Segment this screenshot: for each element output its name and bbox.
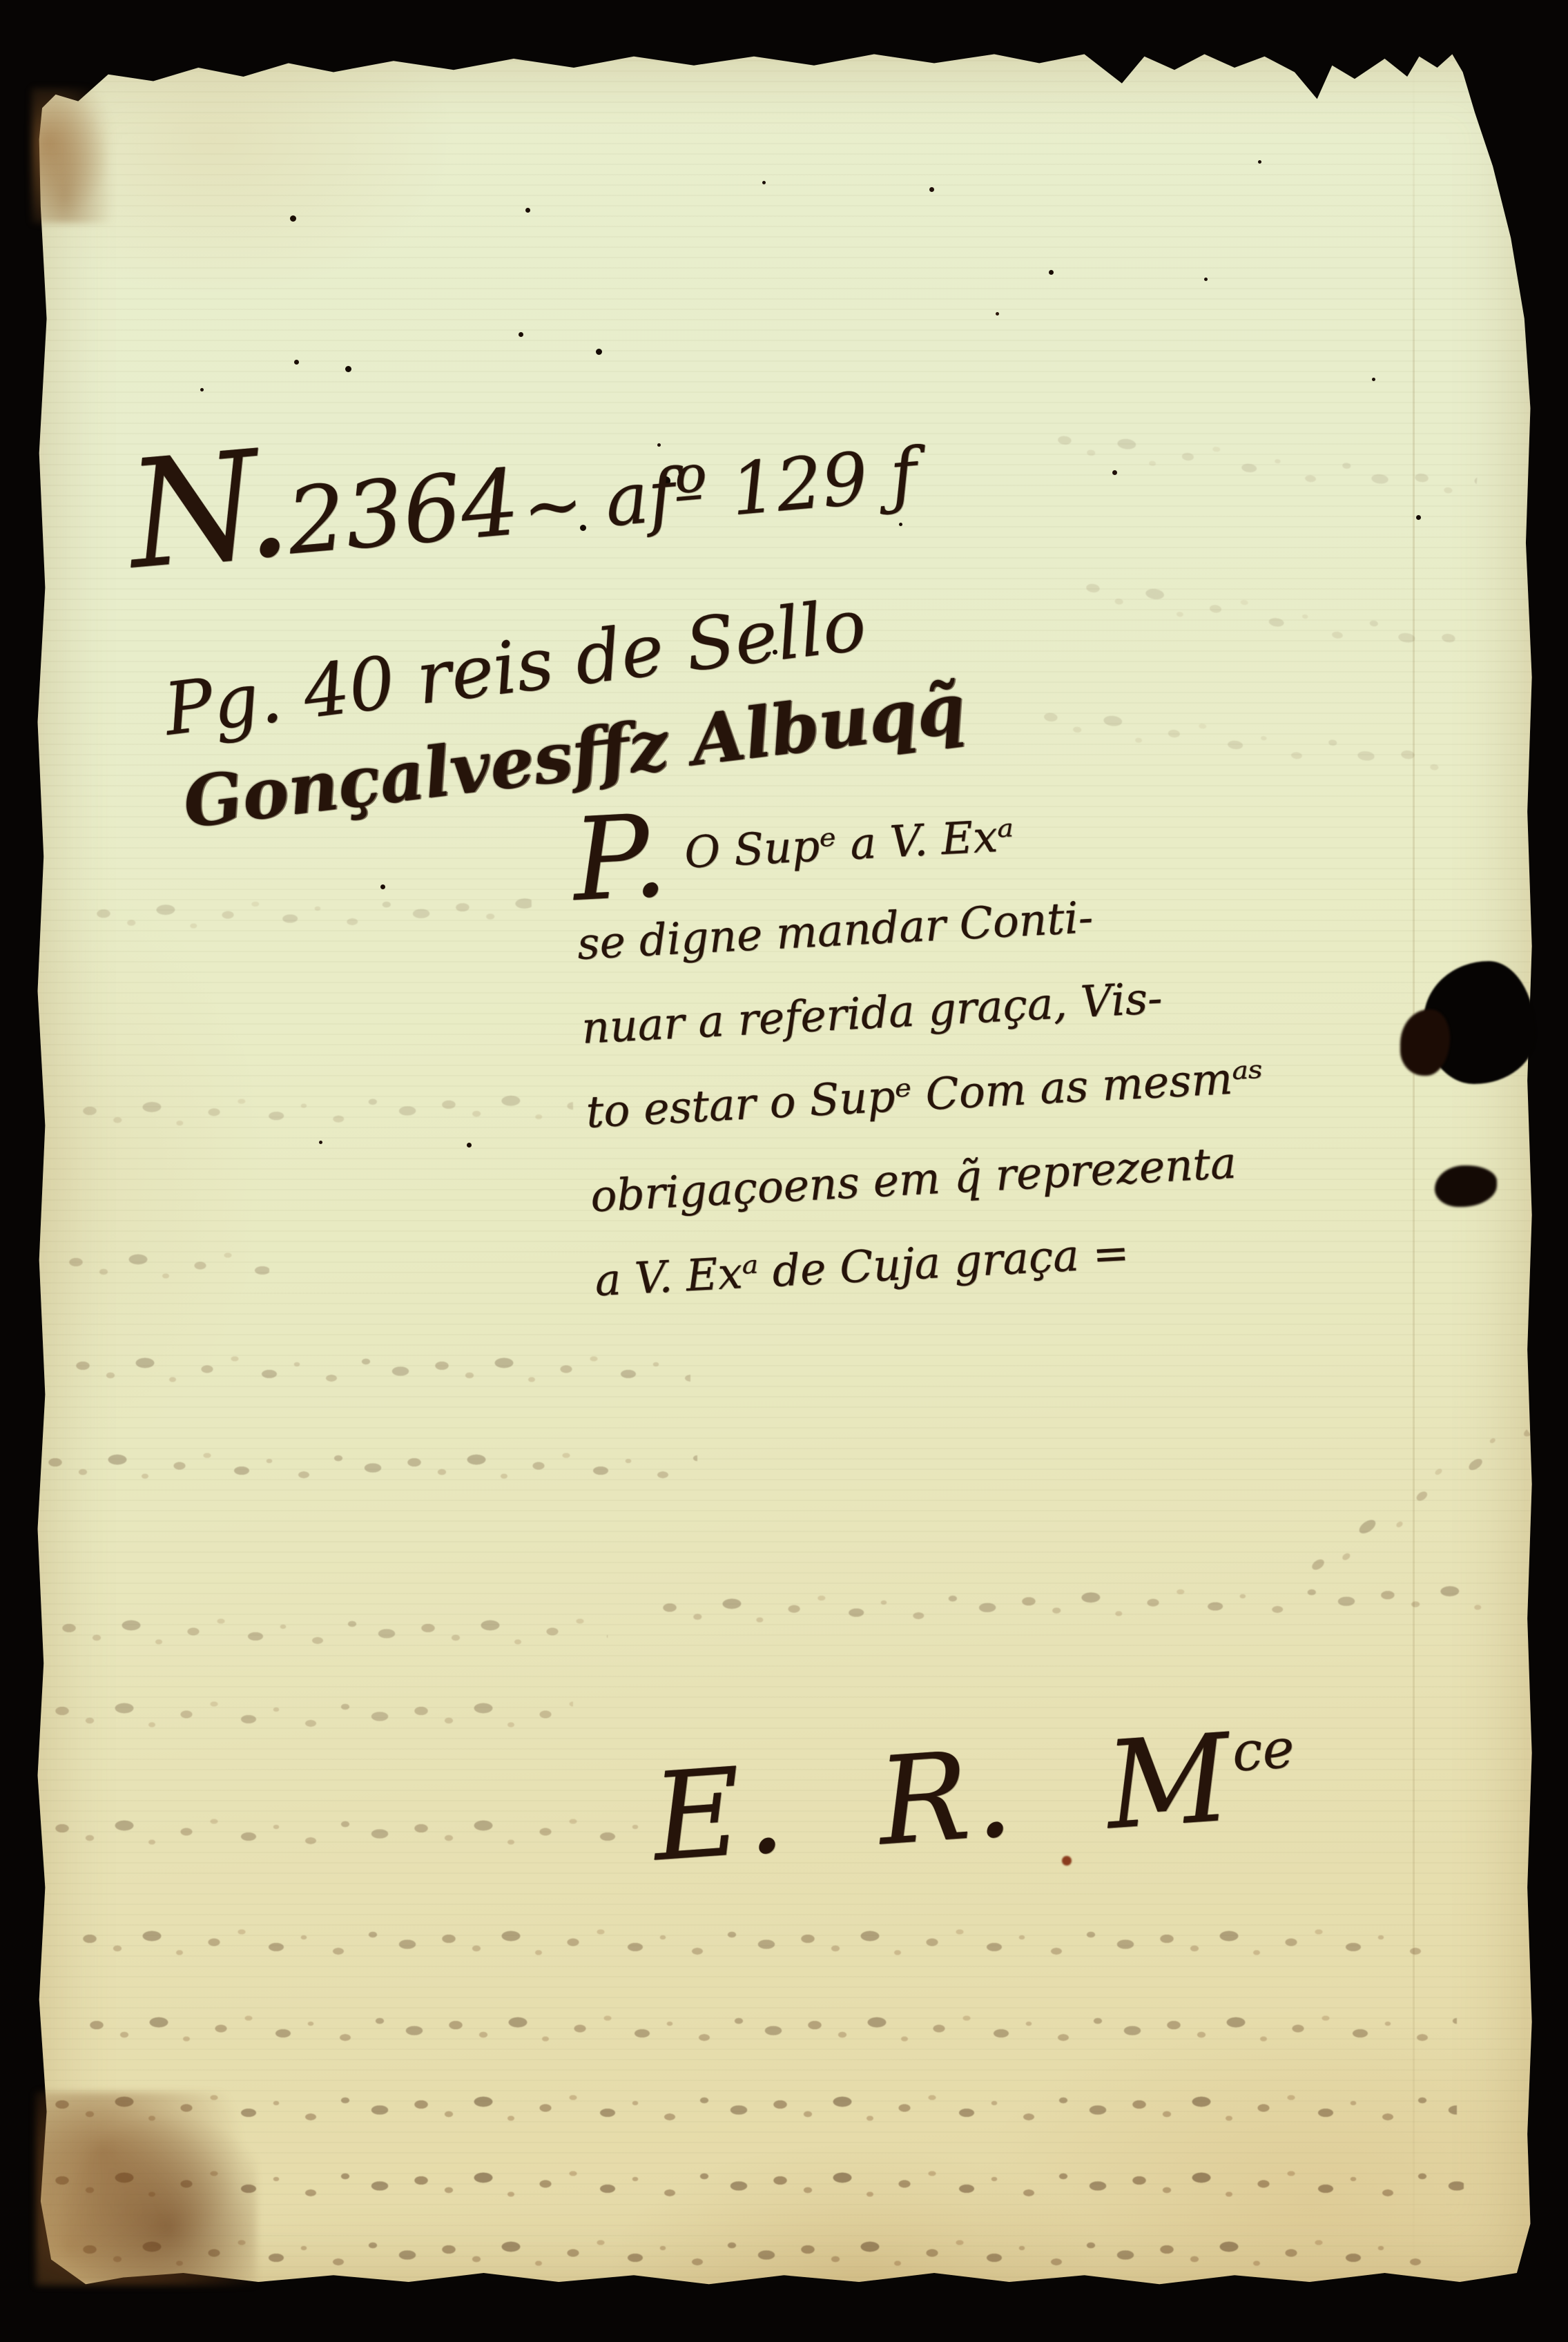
number-initial: N. [122,416,290,602]
bleed-through-row [76,1919,1443,1962]
closing-superscript: ce [1230,1718,1297,1784]
bleed-through-row [48,2085,1457,2128]
bleed-through-row [62,1243,269,1286]
bleed-through-row [55,1609,608,1652]
edge-stain [32,88,115,223]
petition-note: P. O Supᵉ a V. Exᵃ se digne mandar Conti… [571,779,1328,1323]
bleed-through-row [48,1692,573,1734]
bleed-through-row [41,1443,697,1486]
bleed-through-row [76,1083,574,1135]
corner-stain [36,2092,257,2285]
bleed-through-row [83,2006,1457,2049]
registry-number: 2364 [283,449,523,576]
bleed-through-row [76,2230,1429,2273]
bleed-through-row [69,1346,690,1389]
ink-specks [290,215,296,222]
bleed-through-row [90,887,532,937]
petition-line-text: O Supᵉ a V. Exᵃ [684,811,1016,878]
bleed-through-row [48,1809,642,1852]
bleed-through-row [48,2161,1464,2204]
